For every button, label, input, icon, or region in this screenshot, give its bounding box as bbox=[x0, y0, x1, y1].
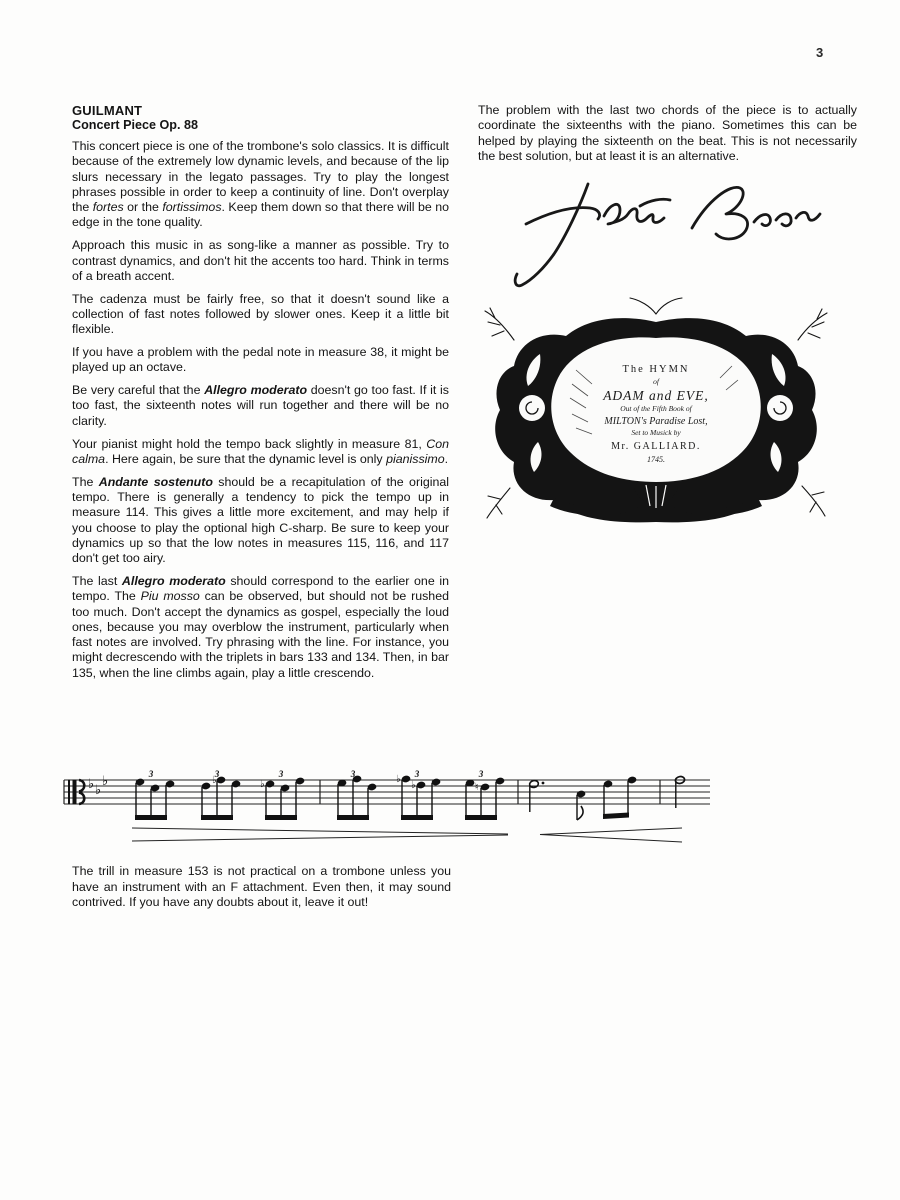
beamed-eighths bbox=[603, 776, 637, 819]
flat-icon: ♭ bbox=[95, 783, 101, 798]
engraving-line: Out of the Fifth Book of bbox=[620, 404, 692, 413]
decrescendo-hairpin bbox=[132, 828, 508, 841]
engraving-line: MILTON's Paradise Lost, bbox=[603, 416, 707, 427]
key-signature: ♭ ♭ ♭ bbox=[88, 774, 108, 798]
signature-strokes bbox=[492, 172, 822, 290]
triplet-label: 3 bbox=[350, 770, 356, 779]
dotted-note bbox=[529, 780, 544, 812]
triplet-label: 3 bbox=[148, 770, 154, 779]
engraving-line: ADAM and EVE, bbox=[602, 388, 709, 403]
engraving-cartouche: The HYMN of ADAM and EVE, Out of the Fif… bbox=[480, 292, 832, 528]
page-number: 3 bbox=[816, 45, 823, 60]
flat-icon: ♭ bbox=[88, 777, 94, 792]
engraving-line: Set to Musick by bbox=[631, 428, 681, 437]
crescendo-hairpin bbox=[540, 828, 682, 842]
triplet-label: 3 bbox=[278, 770, 284, 779]
engraving-line: 1745. bbox=[647, 455, 665, 464]
triplet-group: ♭ 3 bbox=[201, 770, 241, 820]
flat-icon: ♭ bbox=[102, 774, 108, 789]
engraving-line: Mr. GALLIARD. bbox=[611, 441, 701, 452]
natural-icon: ♮ bbox=[475, 782, 479, 793]
paragraph: The cadenza must be fairly free, so that… bbox=[72, 292, 449, 338]
paragraph: Be very careful that the Allegro moderat… bbox=[72, 383, 449, 429]
flat-icon: ♭ bbox=[411, 780, 416, 791]
triplet-group: ♭ ♭ 3 bbox=[396, 770, 441, 820]
triplet-group: 3 bbox=[337, 770, 377, 820]
music-staff: ♭ ♭ ♭ 3 ♭ 3 bbox=[62, 770, 722, 850]
flat-icon: ♭ bbox=[396, 774, 401, 785]
triplet-group: ♭ 3 bbox=[260, 770, 305, 820]
engraving-line: The HYMN bbox=[622, 364, 689, 375]
paragraph: Approach this music in as song-like a ma… bbox=[72, 238, 449, 284]
right-column: The problem with the last two chords of … bbox=[478, 103, 857, 528]
paragraph: The last Allegro moderato should corresp… bbox=[72, 574, 449, 681]
music-example: ♭ ♭ ♭ 3 ♭ 3 bbox=[62, 770, 722, 850]
eighth-note bbox=[576, 790, 586, 820]
flat-icon: ♭ bbox=[260, 779, 265, 790]
triplet-group: ♮ 3 bbox=[465, 770, 505, 820]
paragraph: The problem with the last two chords of … bbox=[478, 103, 857, 164]
paragraph: This concert piece is one of the trombon… bbox=[72, 139, 449, 231]
signature-keith-brown bbox=[492, 172, 822, 290]
triplet-group: 3 bbox=[135, 770, 175, 820]
left-column: GUILMANT Concert Piece Op. 88 This conce… bbox=[72, 103, 449, 681]
engraving-line: of bbox=[653, 377, 660, 386]
triplet-label: 3 bbox=[214, 770, 220, 779]
composer-heading: GUILMANT bbox=[72, 103, 449, 118]
staff-lines bbox=[64, 780, 710, 804]
footer-paragraph: The trill in measure 153 is not practica… bbox=[72, 864, 451, 910]
triplet-label: 3 bbox=[414, 770, 420, 779]
paragraph: Your pianist might hold the tempo back s… bbox=[72, 437, 449, 468]
paragraph: If you have a problem with the pedal not… bbox=[72, 345, 449, 376]
paragraph: The Andante sostenuto should be a recapi… bbox=[72, 475, 449, 567]
engraving-art: The HYMN of ADAM and EVE, Out of the Fif… bbox=[480, 292, 832, 528]
piece-title: Concert Piece Op. 88 bbox=[72, 118, 449, 133]
triplet-label: 3 bbox=[478, 770, 484, 779]
